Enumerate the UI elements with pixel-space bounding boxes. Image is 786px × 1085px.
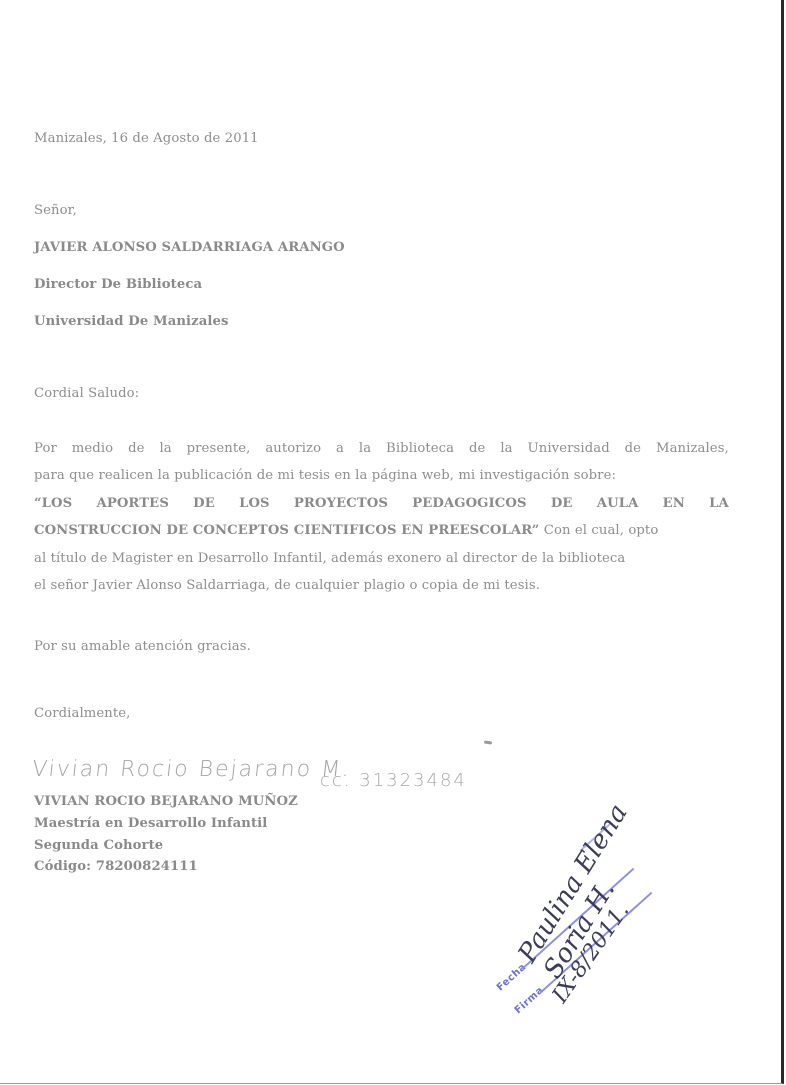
- word: “LOS: [34, 496, 72, 511]
- signer-code: Código: 78200824111: [34, 859, 198, 874]
- word: APORTES: [97, 496, 169, 511]
- word: AULA: [597, 496, 639, 511]
- word: EN: [663, 496, 685, 511]
- word: la: [500, 441, 512, 456]
- word: de: [128, 441, 144, 456]
- word: Manizales,: [656, 441, 729, 456]
- signer-program: Maestría en Desarrollo Infantil: [34, 816, 267, 831]
- word: la: [359, 441, 371, 456]
- closing-line: Cordialmente,: [34, 706, 130, 721]
- word: LOS: [239, 496, 270, 511]
- word: de: [469, 441, 485, 456]
- body-line-4-rest: Con el cual, opto: [539, 523, 658, 538]
- word: a: [336, 441, 344, 456]
- word: LA: [709, 496, 729, 511]
- handwritten-signature: Vivian Rocio Bejarano M.: [31, 757, 353, 782]
- word: presente,: [187, 441, 251, 456]
- scanned-letter-page: Manizales, 16 de Agosto de 2011 Señor, J…: [0, 0, 784, 1084]
- word: PEDAGOGICOS: [412, 496, 526, 511]
- word: autorizo: [265, 441, 321, 456]
- word: de: [625, 441, 641, 456]
- recipient-name: JAVIER ALONSO SALDARRIAGA ARANGO: [34, 240, 345, 255]
- signer-cohort: Segunda Cohorte: [34, 838, 163, 853]
- word: la: [159, 441, 171, 456]
- dust-speck: [484, 740, 492, 744]
- word: DE: [193, 496, 215, 511]
- signer-printed-name: VIVIAN ROCIO BEJARANO MUÑOZ: [34, 794, 298, 809]
- body-line-5: al título de Magister en Desarrollo Infa…: [34, 551, 625, 566]
- recipient-organization: Universidad De Manizales: [34, 314, 229, 329]
- body-line-1: Pormediodelapresente,autorizoalaBibliote…: [34, 441, 729, 456]
- body-line-2: para que realicen la publicación de mi t…: [34, 468, 616, 483]
- greeting: Cordial Saludo:: [34, 386, 139, 401]
- thanks-line: Por su amable atención gracias.: [34, 639, 251, 654]
- word: Biblioteca: [386, 441, 454, 456]
- word: DE: [551, 496, 573, 511]
- handwritten-id-number: cc. 31323484: [320, 770, 467, 791]
- word: Universidad: [528, 441, 610, 456]
- word: Por: [34, 441, 57, 456]
- thesis-title-line-1: “LOSAPORTESDELOSPROYECTOSPEDAGOGICOSDEAU…: [34, 496, 729, 511]
- recipient-role: Director De Biblioteca: [34, 277, 202, 292]
- thesis-title-line-2: CONSTRUCCION DE CONCEPTOS CIENTIFICOS EN…: [34, 523, 658, 538]
- word: medio: [72, 441, 113, 456]
- word: PROYECTOS: [294, 496, 388, 511]
- thesis-title-bold: CONSTRUCCION DE CONCEPTOS CIENTIFICOS EN…: [34, 523, 539, 538]
- body-line-6: el señor Javier Alonso Saldarriaga, de c…: [34, 578, 540, 593]
- salutation-title: Señor,: [34, 203, 77, 218]
- place-date: Manizales, 16 de Agosto de 2011: [34, 131, 259, 146]
- received-stamp: Fecha Firma Paulina Elena Soria H. IX-8/…: [500, 790, 740, 1030]
